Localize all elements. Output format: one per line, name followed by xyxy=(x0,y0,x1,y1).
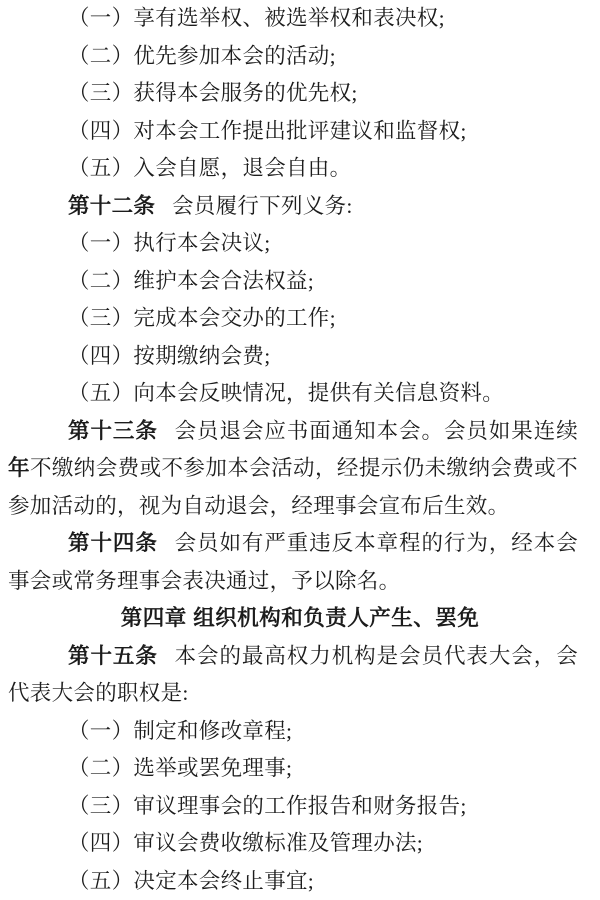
line-text: （四）按期缴纳会费; xyxy=(68,344,270,368)
line-text: 会员履行下列义务: xyxy=(172,194,353,218)
line-text: （五）入会自愿，退会自由。 xyxy=(68,156,351,180)
chapter-heading: 第四章 组织机构和负责人产生、罢免 xyxy=(8,600,578,638)
text-line: （三）完成本会交办的工作; xyxy=(8,300,578,338)
text-line: （五）入会自愿，退会自由。 xyxy=(8,150,578,188)
line-text: （三）审议理事会的工作报告和财务报告; xyxy=(68,794,467,818)
text-line: （四）对本会工作提出批评建议和监督权; xyxy=(8,113,578,151)
text-line: 事会或常务理事会表决通过，予以除名。 xyxy=(8,563,578,601)
text-line: （二）选举或罢免理事; xyxy=(8,750,578,788)
line-text: 参加活动的，视为自动退会，经理事会宣布后生效。 xyxy=(8,494,509,518)
article-number-bold: 第十四条 xyxy=(68,531,158,555)
text-line: （二）维护本会合法权益; xyxy=(8,263,578,301)
line-text: （五）向本会反映情况，提供有关信息资料。 xyxy=(68,381,504,405)
text-line: 第十三条会员退会应书面通知本会。会员如果连续 2 xyxy=(8,413,578,451)
document-body: （一）享有选举权、被选举权和表决权;（二）优先参加本会的活动;（三）获得本会服务… xyxy=(0,0,600,900)
text-line: （四）审议会费收缴标准及管理办法; xyxy=(8,825,578,863)
text-line: （一）制定和修改章程; xyxy=(8,713,578,751)
text-line: （一）享有选举权、被选举权和表决权; xyxy=(8,0,578,38)
text-line: （二）优先参加本会的活动; xyxy=(8,38,578,76)
article-number-bold: 第十五条 xyxy=(68,644,158,668)
chapter-heading-text: 第四章 组织机构和负责人产生、罢免 xyxy=(121,606,479,630)
article-number-bold: 第十三条 xyxy=(68,419,158,443)
article-number-bold: 年 xyxy=(8,456,30,480)
line-text: （一）制定和修改章程; xyxy=(68,719,292,743)
line-text: （二）选举或罢免理事; xyxy=(68,756,292,780)
line-text: 代表大会的职权是: xyxy=(8,681,189,705)
text-line: （五）决定本会终止事宜; xyxy=(8,863,578,900)
text-line: 参加活动的，视为自动退会，经理事会宣布后生效。 xyxy=(8,488,578,526)
line-text: （五）决定本会终止事宜; xyxy=(68,869,314,893)
line-text: （四）审议会费收缴标准及管理办法; xyxy=(68,831,423,855)
line-text: （三）完成本会交办的工作; xyxy=(68,306,336,330)
line-text: 事会或常务理事会表决通过，予以除名。 xyxy=(8,569,400,593)
text-line: （一）执行本会决议; xyxy=(8,225,578,263)
text-line: （三）获得本会服务的优先权; xyxy=(8,75,578,113)
line-text: （一）执行本会决议; xyxy=(68,231,270,255)
text-line: （五）向本会反映情况，提供有关信息资料。 xyxy=(8,375,578,413)
text-line: 年不缴纳会费或不参加本会活动，经提示仍未缴纳会费或不 xyxy=(8,450,578,488)
line-text: 不缴纳会费或不参加本会活动，经提示仍未缴纳会费或不 xyxy=(30,456,578,480)
line-text: （三）获得本会服务的优先权; xyxy=(68,81,358,105)
line-text: （一）享有选举权、被选举权和表决权; xyxy=(68,6,445,30)
text-line: 第十二条会员履行下列义务: xyxy=(8,188,578,226)
text-line: 第十四条会员如有严重违反本章程的行为，经本会理 xyxy=(8,525,578,563)
line-text: （二）维护本会合法权益; xyxy=(68,269,314,293)
text-line: 代表大会的职权是: xyxy=(8,675,578,713)
line-text: （二）优先参加本会的活动; xyxy=(68,44,336,68)
line-text: （四）对本会工作提出批评建议和监督权; xyxy=(68,119,467,143)
document-page: （一）享有选举权、被选举权和表决权;（二）优先参加本会的活动;（三）获得本会服务… xyxy=(0,0,600,900)
article-number-bold: 第十二条 xyxy=(68,194,155,218)
text-line: 第十五条本会的最高权力机构是会员代表大会，会员 xyxy=(8,638,578,676)
text-line: （四）按期缴纳会费; xyxy=(8,338,578,376)
text-line: （三）审议理事会的工作报告和财务报告; xyxy=(8,788,578,826)
